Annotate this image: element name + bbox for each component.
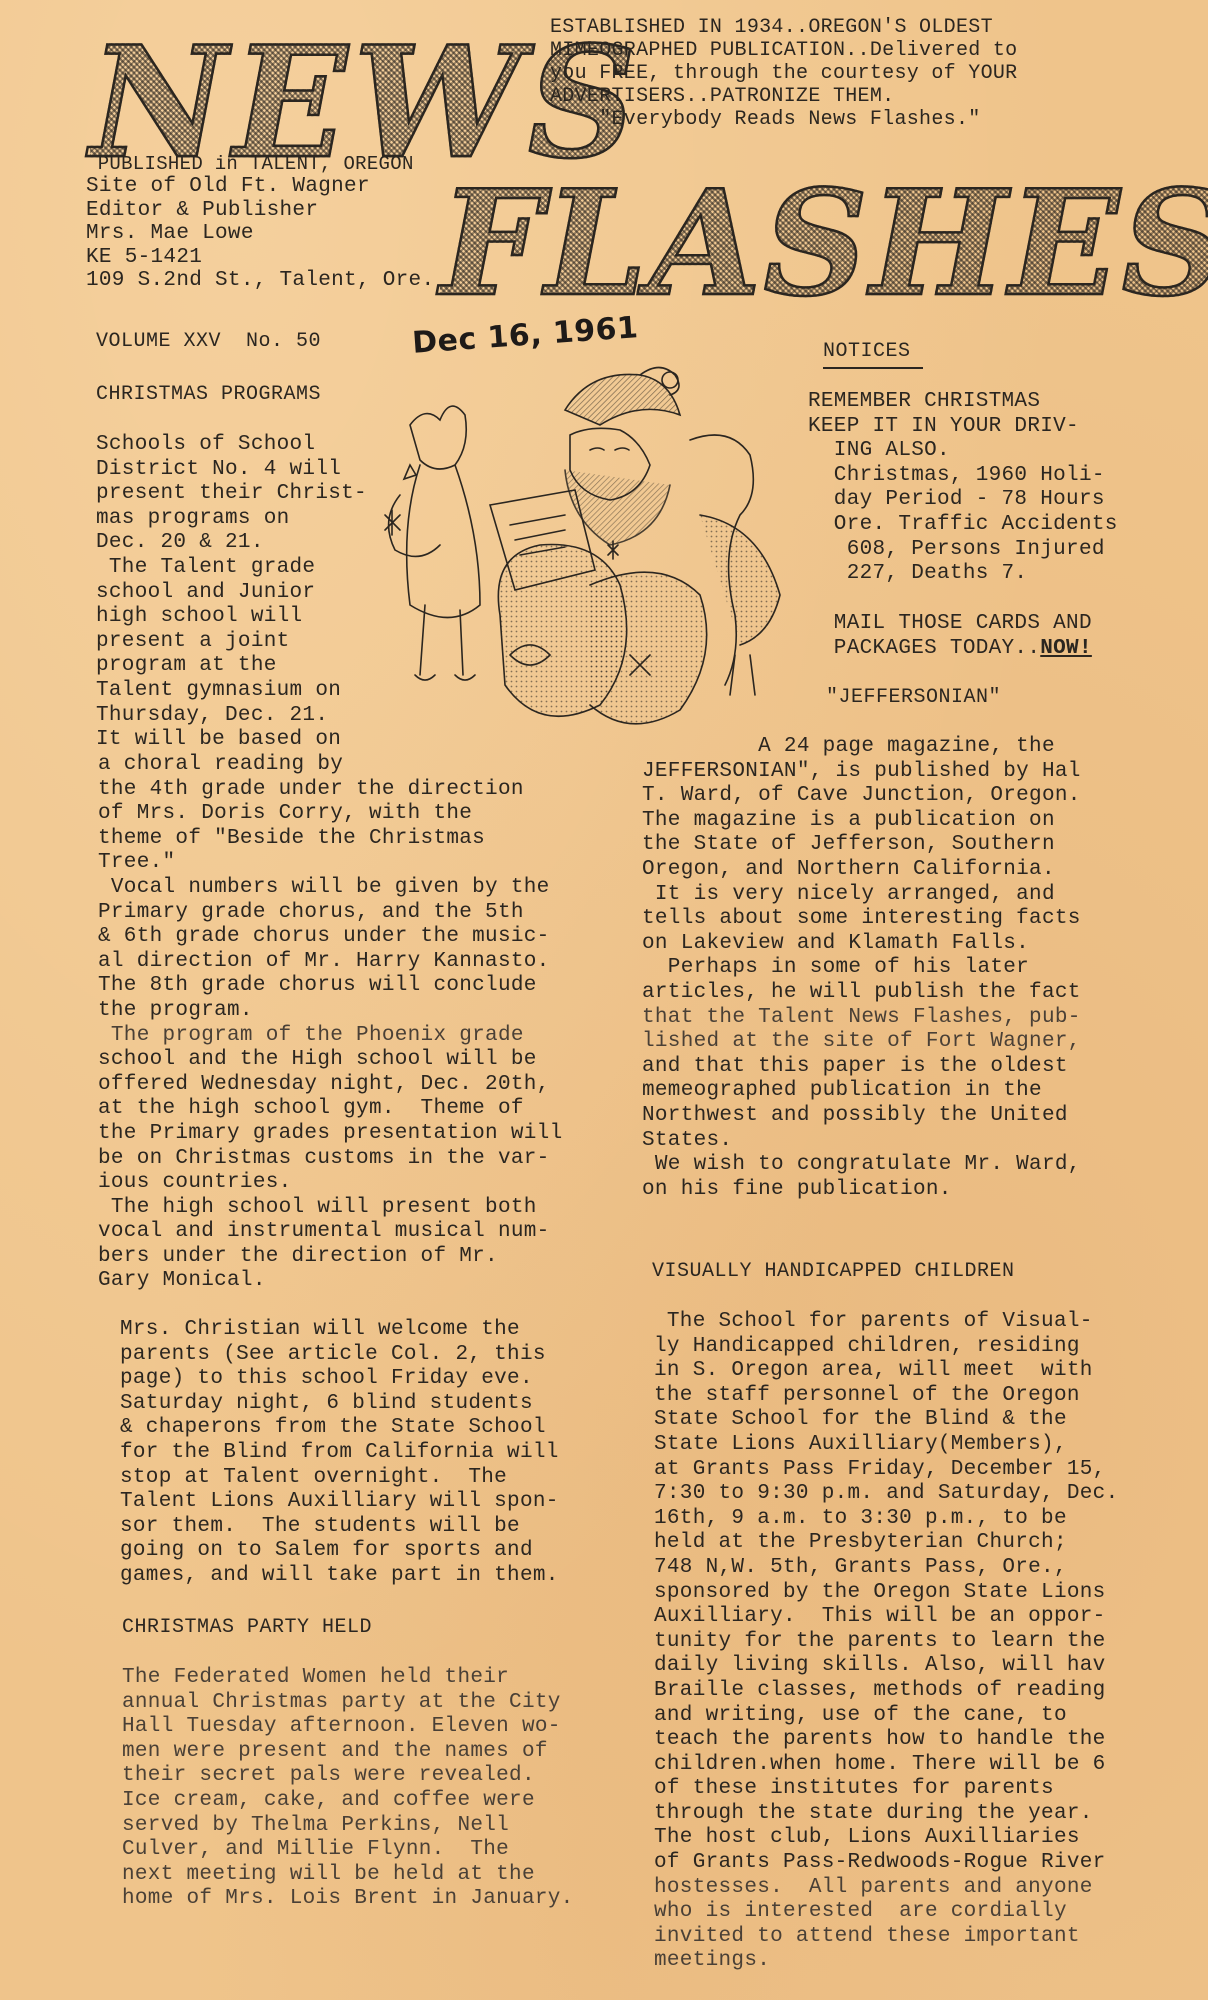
article-line: The Federated Women held their (122, 1666, 574, 1691)
article-christmas-programs-body: a choral reading by the 4th grade under … (98, 753, 562, 1294)
article-line: It will be based on (96, 728, 367, 753)
article-line: 748 N,W. 5th, Grants Pass, Ore., (654, 1556, 1118, 1581)
article-line: Ice cream, cake, and coffee were (122, 1789, 574, 1814)
article-line: invited to attend these important (654, 1925, 1118, 1950)
article-line: program at the (96, 654, 367, 679)
masthead-tagline: ESTABLISHED IN 1934..OREGON'S OLDEST MIM… (550, 16, 1017, 131)
article-line: of Grants Pass-Redwoods-Rogue River (654, 1851, 1118, 1876)
heading-notices: NOTICES (823, 340, 923, 369)
article-line: JEFFERSONIAN", is published by Hal (642, 760, 1081, 785)
article-line: annual Christmas party at the City (122, 1691, 574, 1716)
article-line: sponsored by the Oregon State Lions (654, 1581, 1118, 1606)
notice-mail-cards: MAIL THOSE CARDS AND PACKAGES TODAY..NOW… (808, 612, 1092, 661)
article-line: on Lakeview and Klamath Falls. (642, 932, 1081, 957)
article-line: through the state during the year. (654, 1802, 1118, 1827)
notice-line: 227, Deaths 7. (808, 562, 1118, 587)
tagline-slogan: "Everybody Reads News Flashes." (550, 108, 1017, 131)
article-line: that the Talent News Flashes, pub- (642, 1006, 1081, 1031)
publisher-line: Site of Old Ft. Wagner (86, 175, 434, 199)
article-line: The Talent grade (96, 556, 367, 581)
article-line: & chaperons from the State School (120, 1416, 559, 1441)
article-line: the 4th grade under the direction (98, 778, 562, 803)
article-line: the Primary grades presentation will (98, 1122, 562, 1147)
article-line: The host club, Lions Auxilliaries (654, 1826, 1118, 1851)
article-line: high school will (96, 605, 367, 630)
article-line: We wish to congratulate Mr. Ward, (642, 1153, 1081, 1178)
article-line: Dec. 20 & 21. (96, 531, 367, 556)
article-line: ious countries. (98, 1171, 562, 1196)
article-line: theme of "Beside the Christmas (98, 827, 562, 852)
article-line: served by Thelma Perkins, Nell (122, 1814, 574, 1839)
article-line: daily living skills. Also, will hav (654, 1654, 1118, 1679)
article-line: Gary Monical. (98, 1269, 562, 1294)
article-line: & 6th grade chorus under the music- (98, 925, 562, 950)
article-christmas-party: The Federated Women held their annual Ch… (122, 1666, 574, 1912)
article-line: teach the parents how to handle the (654, 1728, 1118, 1753)
santa-illustration (340, 355, 820, 750)
article-line: going on to Salem for sports and (120, 1539, 559, 1564)
article-line: The 8th grade chorus will conclude (98, 974, 562, 999)
article-line: children.when home. There will be 6 (654, 1753, 1118, 1778)
article-line: the staff personnel of the Oregon (654, 1384, 1118, 1409)
volume-number: VOLUME XXV No. 50 (96, 330, 321, 355)
article-line: vocal and instrumental musical num- (98, 1220, 562, 1245)
article-line: mas programs on (96, 507, 367, 532)
article-line: meetings. (654, 1949, 1118, 1974)
tagline-line: ESTABLISHED IN 1934..OREGON'S OLDEST (550, 16, 1017, 39)
article-line: tells about some interesting facts (642, 907, 1081, 932)
article-line: games, and will take part in them. (120, 1564, 559, 1589)
article-line: Vocal numbers will be given by the (98, 876, 562, 901)
article-line: the State of Jefferson, Southern (642, 833, 1081, 858)
article-line: Tree." (98, 851, 562, 876)
article-line: 16th, 9 a.m. to 3:30 p.m., to be (654, 1507, 1118, 1532)
article-line: State School for the Blind & the (654, 1408, 1118, 1433)
tagline-line: you FREE, through the courtesy of YOUR (550, 62, 1017, 85)
article-notices: REMEMBER CHRISTMAS KEEP IT IN YOUR DRIV-… (808, 390, 1118, 587)
article-line: the program. (98, 999, 562, 1024)
article-line: next meeting will be held at the (122, 1863, 574, 1888)
notice-line: PACKAGES TODAY..NOW! (808, 637, 1092, 662)
heading-christmas-programs: CHRISTMAS PROGRAMS (96, 383, 321, 408)
article-line: men were present and the names of (122, 1740, 574, 1765)
article-line: Saturday night, 6 blind students (120, 1392, 559, 1417)
article-line: Schools of School (96, 433, 367, 458)
article-line: Hall Tuesday afternoon. Eleven wo- (122, 1715, 574, 1740)
notice-line: MAIL THOSE CARDS AND (808, 612, 1092, 637)
article-line: memeographed publication in the (642, 1079, 1081, 1104)
article-visually-handicapped: The School for parents of Visual- ly Han… (654, 1310, 1118, 1974)
notice-line: Ore. Traffic Accidents (808, 513, 1118, 538)
article-line: held at the Presbyterian Church; (654, 1531, 1118, 1556)
article-line: be on Christmas customs in the var- (98, 1147, 562, 1172)
article-line: Talent gymnasium on (96, 679, 367, 704)
article-line: on his fine publication. (642, 1178, 1081, 1203)
tagline-line: MIMEOGRAPHED PUBLICATION..Delivered to (550, 39, 1017, 62)
article-line: and writing, use of the cane, to (654, 1704, 1118, 1729)
article-line: Talent Lions Auxilliary will spon- (120, 1490, 559, 1515)
notice-line: REMEMBER CHRISTMAS (808, 390, 1118, 415)
publisher-phone: KE 5-1421 (86, 246, 434, 270)
notice-line: Christmas, 1960 Holi- (808, 464, 1118, 489)
article-line: Thursday, Dec. 21. (96, 704, 367, 729)
article-line: school and the High school will be (98, 1048, 562, 1073)
article-line: present their Christ- (96, 482, 367, 507)
article-line: of Mrs. Doris Corry, with the (98, 802, 562, 827)
article-line: Mrs. Christian will welcome the (120, 1318, 559, 1343)
publisher-name: Mrs. Mae Lowe (86, 222, 434, 246)
article-line: lished at the site of Fort Wagner, (642, 1030, 1081, 1055)
notice-line: KEEP IT IN YOUR DRIV- (808, 415, 1118, 440)
publisher-location: PUBLISHED in TALENT, OREGON (86, 153, 434, 175)
article-line: at the high school gym. Theme of (98, 1097, 562, 1122)
tagline-line: ADVERTISERS..PATRONIZE THEM. (550, 85, 1017, 108)
publisher-info: PUBLISHED in TALENT, OREGON Site of Old … (86, 153, 434, 293)
article-blind-students: Mrs. Christian will welcome the parents … (120, 1318, 559, 1589)
article-line: school and Junior (96, 581, 367, 606)
article-line: States. (642, 1129, 1081, 1154)
article-line: The magazine is a publication on (642, 809, 1081, 834)
article-line: of these institutes for parents (654, 1777, 1118, 1802)
article-line: hostesses. All parents and anyone (654, 1876, 1118, 1901)
article-line: ly Handicapped children, residing (654, 1335, 1118, 1360)
article-line: 7:30 to 9:30 p.m. and Saturday, Dec. (654, 1482, 1118, 1507)
article-line: A 24 page magazine, the (642, 735, 1081, 760)
notice-text: PACKAGES TODAY.. (808, 637, 1040, 660)
article-line: Oregon, and Northern California. (642, 858, 1081, 883)
notice-line: day Period - 78 Hours (808, 488, 1118, 513)
notice-line: ING ALSO. (808, 439, 1118, 464)
santa-with-children-drawing-icon (340, 355, 820, 750)
article-line: stop at Talent overnight. The (120, 1466, 559, 1491)
article-line: District No. 4 will (96, 458, 367, 483)
article-jeffersonian: A 24 page magazine, the JEFFERSONIAN", i… (642, 735, 1081, 1202)
article-line: The program of the Phoenix grade (98, 1024, 562, 1049)
article-line: parents (See article Col. 2, this (120, 1343, 559, 1368)
article-line: their secret pals were revealed. (122, 1764, 574, 1789)
article-line: and that this paper is the oldest (642, 1055, 1081, 1080)
article-line: Auxilliary. This will be an oppor- (654, 1605, 1118, 1630)
article-line: The School for parents of Visual- (654, 1310, 1118, 1335)
article-christmas-programs-intro: Schools of School District No. 4 will pr… (96, 433, 367, 753)
article-line: Primary grade chorus, and the 5th (98, 901, 562, 926)
article-line: page) to this school Friday eve. (120, 1367, 559, 1392)
notice-emphasis: NOW! (1040, 637, 1092, 660)
article-line: at Grants Pass Friday, December 15, (654, 1458, 1118, 1483)
article-line: in S. Oregon area, will meet with (654, 1359, 1118, 1384)
article-line: Culver, and Millie Flynn. The (122, 1838, 574, 1863)
notice-line: 608, Persons Injured (808, 538, 1118, 563)
heading-jeffersonian: "JEFFERSONIAN" (826, 686, 1001, 711)
article-line: State Lions Auxilliary(Members), (654, 1433, 1118, 1458)
article-line: It is very nicely arranged, and (642, 883, 1081, 908)
article-line: articles, he will publish the fact (642, 981, 1081, 1006)
article-line: tunity for the parents to learn the (654, 1630, 1118, 1655)
heading-visually-handicapped: VISUALLY HANDICAPPED CHILDREN (652, 1260, 1015, 1285)
masthead-flashes-title: FLASHES (440, 172, 1208, 317)
article-line: al direction of Mr. Harry Kannasto. (98, 950, 562, 975)
article-line: present a joint (96, 630, 367, 655)
article-line: a choral reading by (98, 753, 562, 778)
article-line: Braille classes, methods of reading (654, 1679, 1118, 1704)
article-line: bers under the direction of Mr. (98, 1245, 562, 1270)
article-line: offered Wednesday night, Dec. 20th, (98, 1073, 562, 1098)
publisher-address: 109 S.2nd St., Talent, Ore. (86, 269, 434, 293)
publisher-line: Editor & Publisher (86, 199, 434, 223)
article-line: T. Ward, of Cave Junction, Oregon. (642, 784, 1081, 809)
article-line: home of Mrs. Lois Brent in January. (122, 1887, 574, 1912)
article-line: sor them. The students will be (120, 1515, 559, 1540)
article-line: for the Blind from California will (120, 1441, 559, 1466)
article-line: Northwest and possibly the United (642, 1104, 1081, 1129)
article-line: Perhaps in some of his later (642, 956, 1081, 981)
heading-christmas-party: CHRISTMAS PARTY HELD (122, 1616, 372, 1641)
article-line: The high school will present both (98, 1196, 562, 1221)
article-line: who is interested are cordially (654, 1900, 1118, 1925)
